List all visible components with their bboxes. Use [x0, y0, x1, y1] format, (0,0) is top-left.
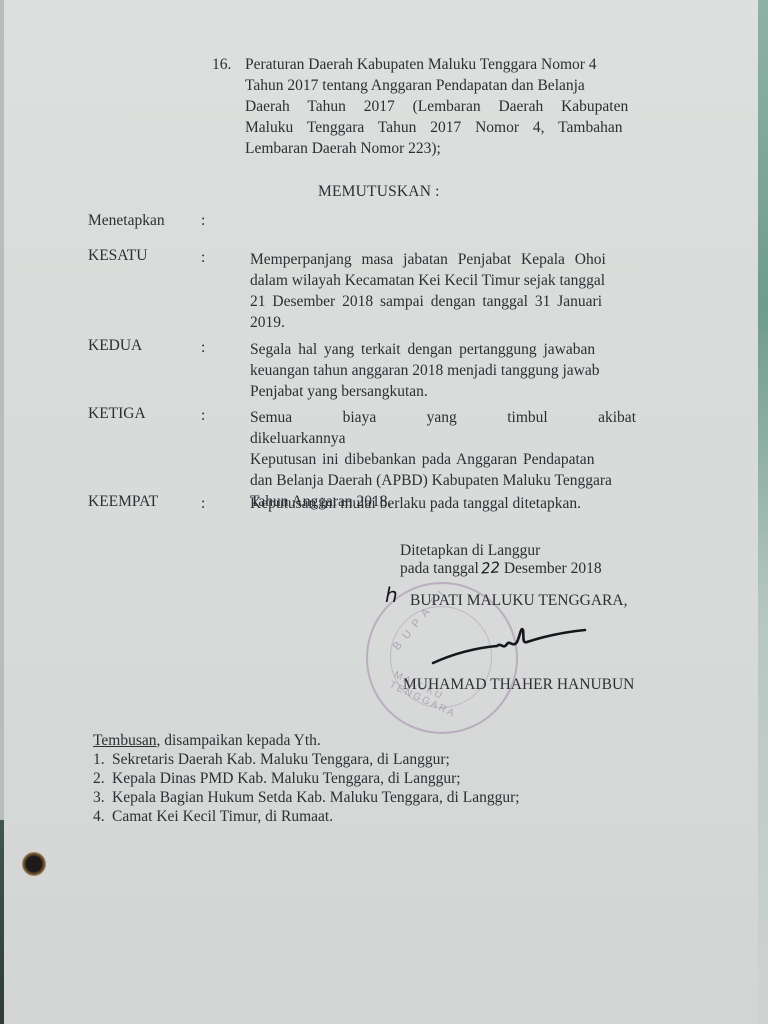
decision-line: dalam wilayah Kecamatan Kei Kecil Timur …: [250, 270, 636, 291]
decision-label-ketiga: KETIGA: [88, 405, 146, 423]
carbon-copy-title: Tembusan, disampaikan kepada Yth.: [93, 731, 520, 750]
signatory-office: BUPATI MALUKU TENGGARA,: [410, 592, 627, 610]
menetapkan-colon: :: [201, 212, 205, 230]
decision-heading: MEMUTUSKAN :: [318, 181, 440, 202]
date-suffix: Desember 2018: [504, 560, 602, 577]
decision-line: keuangan tahun anggaran 2018 menjadi tan…: [250, 360, 636, 381]
item-16-line: Lembaran Daerah Nomor 223);: [245, 138, 682, 159]
background-surface-right: [758, 0, 768, 1024]
carbon-copy-title-rest: , disampaikan kepada Yth.: [156, 732, 320, 749]
handwritten-mark: h: [385, 583, 398, 607]
item-number: 16.: [212, 54, 231, 75]
carbon-copy-item: 4.Camat Kei Kecil Timur, di Rumaat.: [93, 807, 520, 826]
item-16-line: Peraturan Daerah Kabupaten Maluku Tengga…: [245, 54, 682, 75]
decision-colon: :: [201, 495, 205, 513]
carbon-copy-list: 1.Sekretaris Daerah Kab. Maluku Tenggara…: [93, 750, 520, 826]
decision-colon: :: [201, 339, 205, 357]
decision-line: Memperpanjang masa jabatan Penjabat Kepa…: [250, 249, 636, 270]
item-text: Sekretaris Daerah Kab. Maluku Tenggara, …: [112, 750, 450, 769]
item-16-line: Tahun 2017 tentang Anggaran Pendapatan d…: [245, 75, 682, 96]
decision-text-kesatu: Memperpanjang masa jabatan Penjabat Kepa…: [250, 249, 636, 333]
decision-label-kedua: KEDUA: [88, 337, 142, 355]
decision-line: Segala hal yang terkait dengan pertanggu…: [250, 339, 636, 360]
decision-line: Semua biaya yang timbul akibat dikeluark…: [250, 407, 636, 449]
signature-icon: [425, 618, 590, 668]
carbon-copy-item: 3.Kepala Bagian Hukum Setda Kab. Maluku …: [93, 788, 520, 807]
date-of-issue: pada tanggal22Desember 2018: [400, 559, 602, 578]
date-prefix: pada tanggal: [400, 560, 479, 577]
item-16-line: Maluku Tenggara Tahun 2017 Nomor 4, Tamb…: [245, 117, 682, 138]
decision-colon: :: [201, 407, 205, 425]
item-text: Kepala Dinas PMD Kab. Maluku Tenggara, d…: [112, 769, 461, 788]
item-text: Kepala Bagian Hukum Setda Kab. Maluku Te…: [112, 788, 520, 807]
decision-label-keempat: KEEMPAT: [88, 493, 158, 511]
decision-line: Keputusan ini mulai berlaku pada tanggal…: [250, 493, 670, 514]
menetapkan-label: Menetapkan: [88, 212, 165, 230]
item-16-text: Peraturan Daerah Kabupaten Maluku Tengga…: [245, 54, 682, 159]
background-surface-left: [0, 820, 4, 1024]
decision-text-kedua: Segala hal yang terkait dengan pertanggu…: [250, 339, 636, 402]
decision-label-kesatu: KESATU: [88, 247, 147, 265]
carbon-copy-section: Tembusan, disampaikan kepada Yth. 1.Sekr…: [93, 731, 520, 826]
item-number: 1.: [93, 750, 112, 769]
decision-colon: :: [201, 249, 205, 267]
item-number: 3.: [93, 788, 112, 807]
burn-hole-icon: [22, 852, 46, 876]
signatory-name: MUHAMAD THAHER HANUBUN: [403, 676, 634, 694]
decision-line: 21 Desember 2018 sampai dengan tanggal 3…: [250, 291, 636, 312]
decision-line: Penjabat yang bersangkutan.: [250, 381, 636, 402]
decision-line: dan Belanja Daerah (APBD) Kabupaten Malu…: [250, 470, 636, 491]
item-number: 2.: [93, 769, 112, 788]
item-text: Camat Kei Kecil Timur, di Rumaat.: [112, 807, 333, 826]
carbon-copy-title-underlined: Tembusan: [93, 732, 156, 749]
decision-line: 2019.: [250, 312, 636, 333]
item-16-line: Daerah Tahun 2017 (Lembaran Daerah Kabup…: [245, 96, 682, 117]
place-of-issue: Ditetapkan di Langgur: [400, 542, 540, 560]
carbon-copy-item: 2.Kepala Dinas PMD Kab. Maluku Tenggara,…: [93, 769, 520, 788]
handwritten-day: 22: [480, 558, 500, 577]
item-number: 4.: [93, 807, 112, 826]
decision-line: Keputusan ini dibebankan pada Anggaran P…: [250, 449, 636, 470]
decision-text-keempat: Keputusan ini mulai berlaku pada tanggal…: [250, 493, 670, 514]
carbon-copy-item: 1.Sekretaris Daerah Kab. Maluku Tenggara…: [93, 750, 520, 769]
